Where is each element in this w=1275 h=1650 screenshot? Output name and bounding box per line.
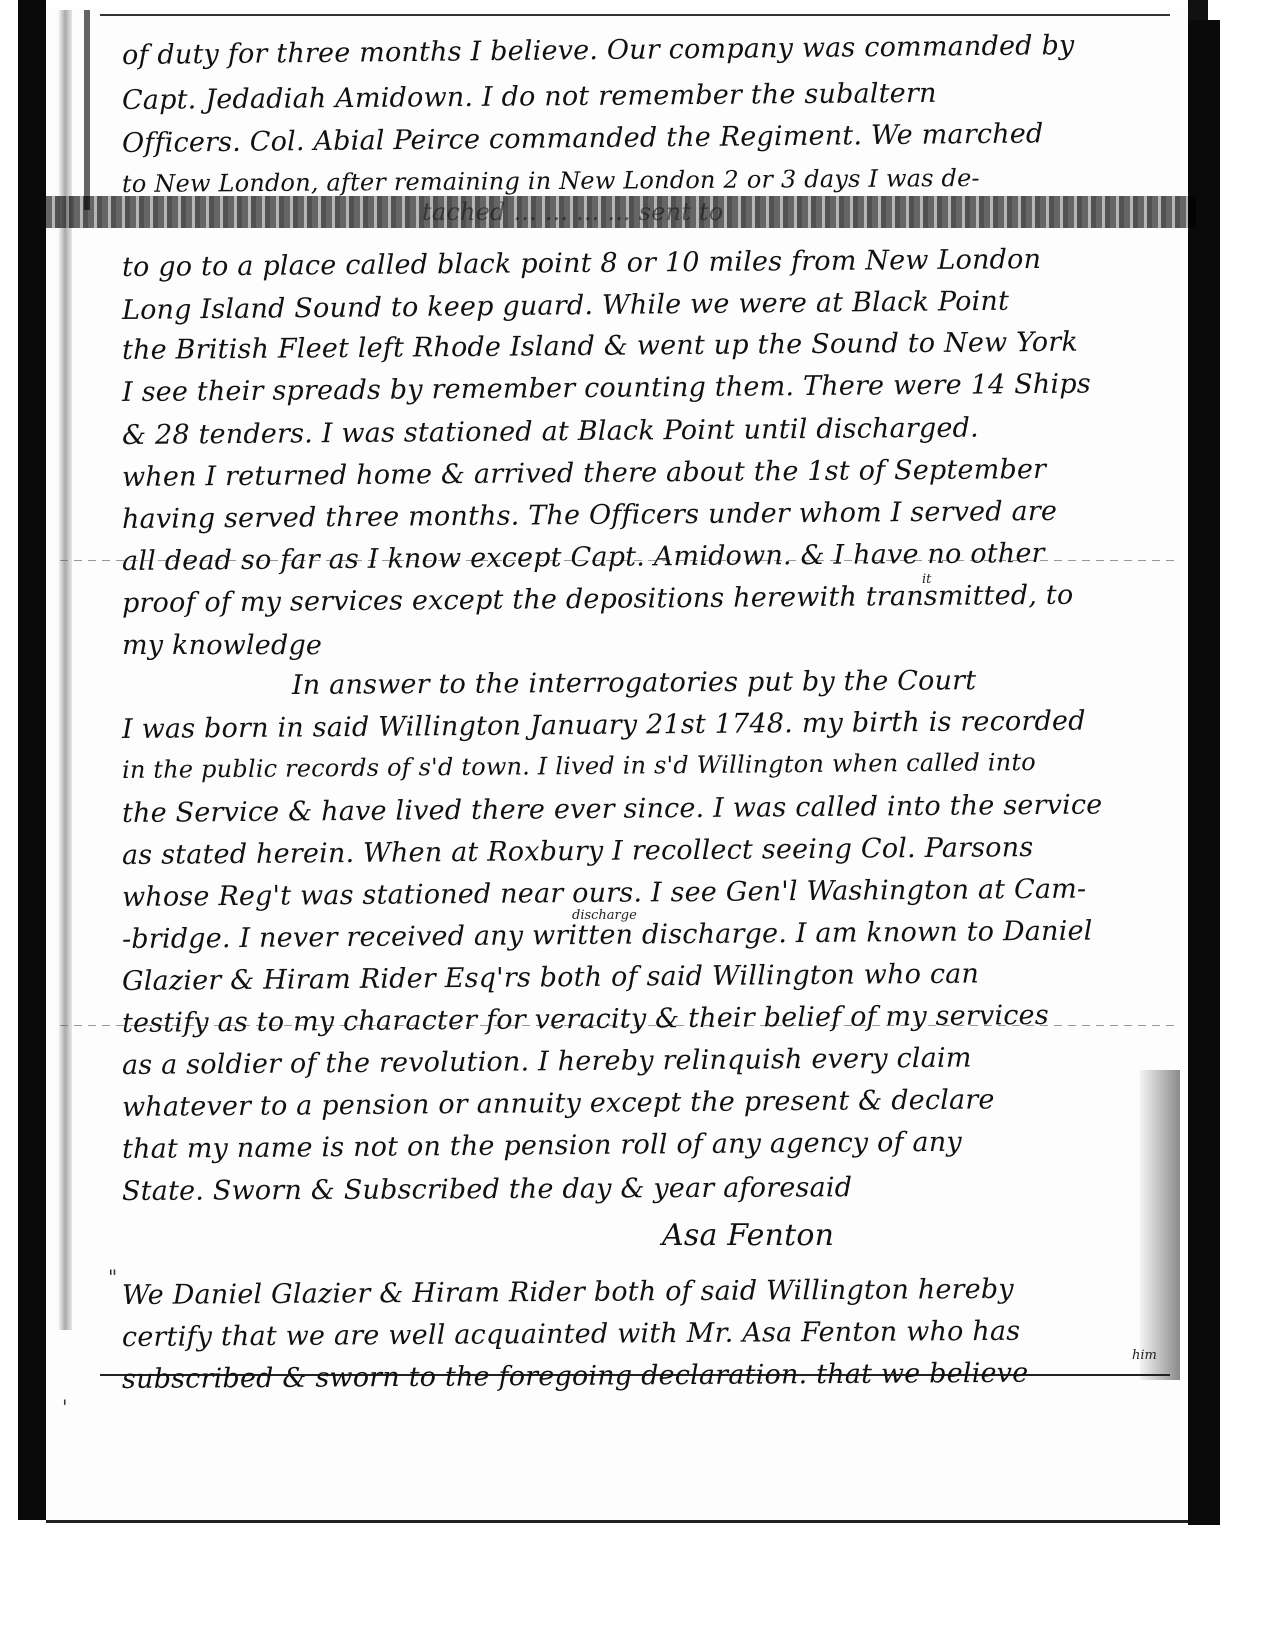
- certificate-line: certify that we are well acquainted with…: [122, 1316, 1021, 1353]
- certificate-line: We Daniel Glazier & Hiram Rider both of …: [122, 1274, 1014, 1311]
- manuscript-line-obscured: tached ... ... ... ... sent to: [422, 198, 723, 226]
- manuscript-line: State. Sworn & Subscribed the day & year…: [122, 1172, 852, 1207]
- manuscript-line: my knowledge: [122, 630, 322, 661]
- certificate-line: subscribed & sworn to the foregoing decl…: [122, 1358, 1029, 1395]
- interlineation: him: [1132, 1348, 1157, 1363]
- page-edge-mark: [84, 10, 90, 210]
- manuscript-line: to New London, after remaining in New Lo…: [122, 164, 980, 198]
- manuscript-paragraph-start: In answer to the interrogatories put by …: [292, 665, 977, 701]
- margin-mark: ': [62, 1395, 68, 1419]
- scan-border-left: [18, 0, 46, 1520]
- margin-mark: ": [108, 1265, 117, 1289]
- signature: Asa Fenton: [662, 1218, 834, 1253]
- scan-border-right: [1188, 20, 1220, 1525]
